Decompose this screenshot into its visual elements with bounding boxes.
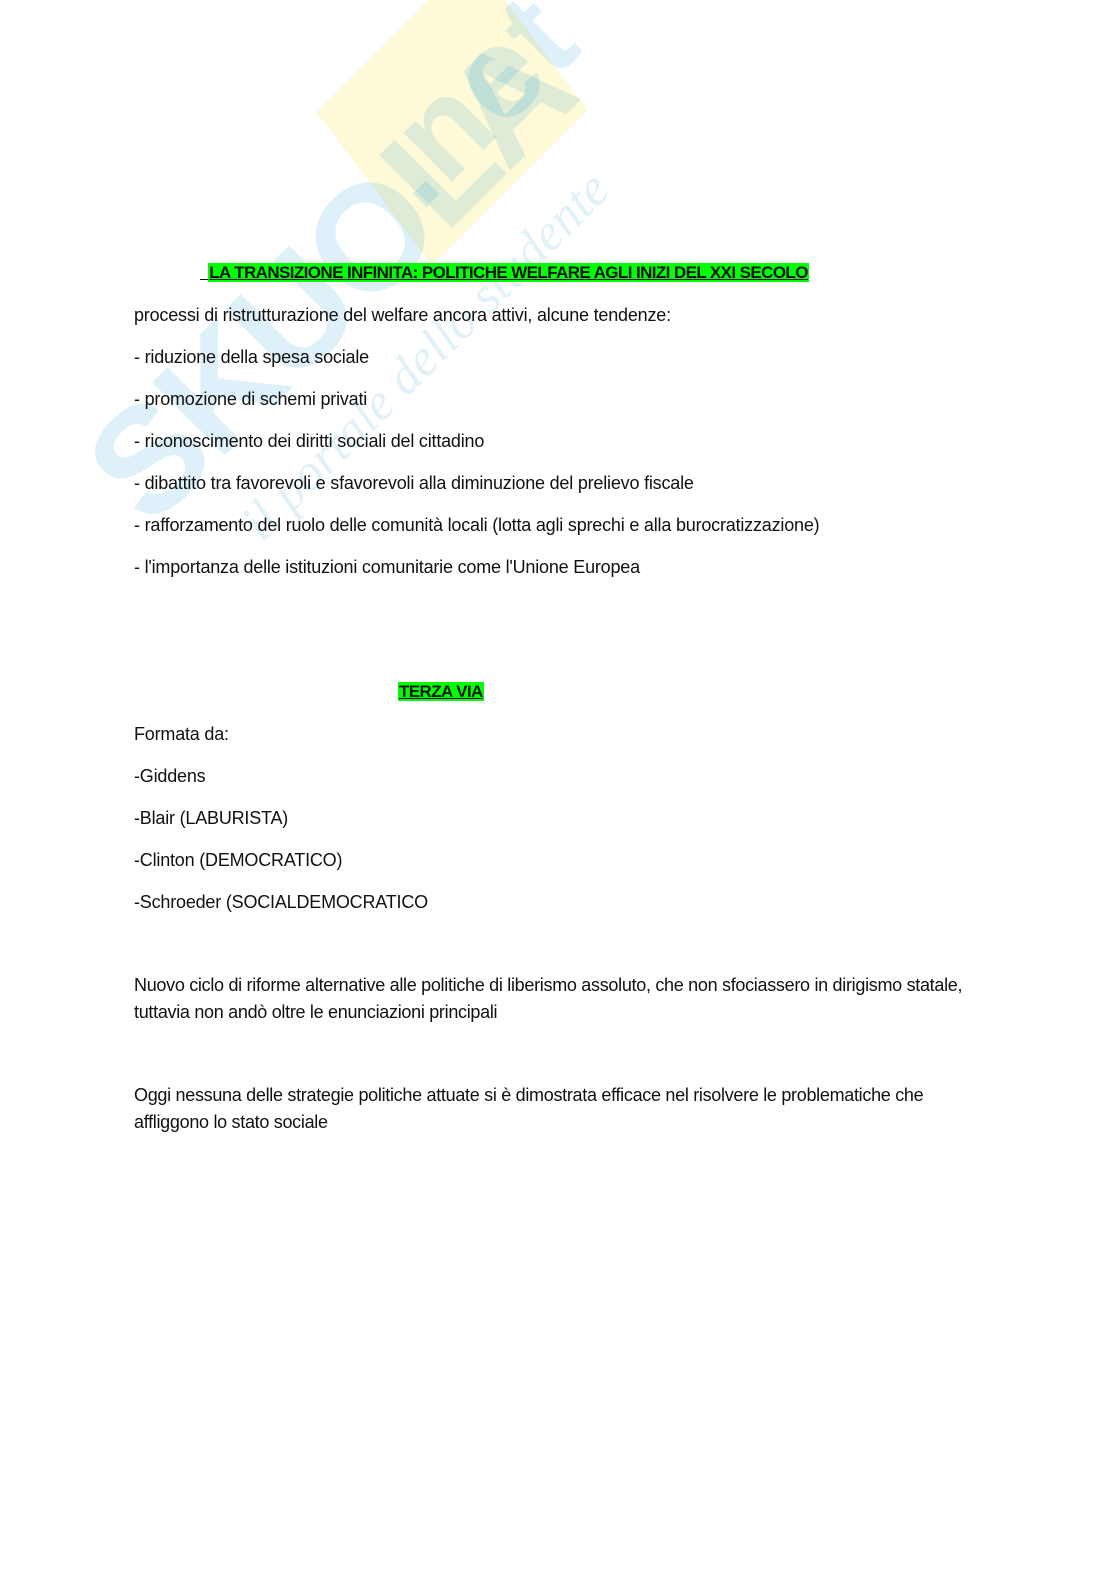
list-item: - dibattito tra favorevoli e sfavorevoli… <box>134 472 694 494</box>
paragraph-riforme: Nuovo ciclo di riforme alternative alle … <box>134 972 974 1026</box>
list-item: - rafforzamento del ruolo delle comunità… <box>134 514 819 536</box>
intro-text: processi di ristrutturazione del welfare… <box>134 304 671 326</box>
title-highlight: TERZA VIA <box>398 682 484 701</box>
paragraph-oggi: Oggi nessuna delle strategie politiche a… <box>134 1082 974 1136</box>
member-item: -Schroeder (SOCIALDEMOCRATICO <box>134 891 428 913</box>
section-title-terza-via: TERZA VIA <box>398 681 484 703</box>
list-item: - riduzione della spesa sociale <box>134 346 369 368</box>
title-highlight: LA TRANSIZIONE INFINITA: POLITICHE WELFA… <box>208 263 809 282</box>
member-item: -Clinton (DEMOCRATICO) <box>134 849 342 871</box>
list-item: - promozione di schemi privati <box>134 388 367 410</box>
member-item: -Blair (LABURISTA) <box>134 807 288 829</box>
document-page: LA TRANSIZIONE INFINITA: POLITICHE WELFA… <box>0 0 1116 1579</box>
members-intro: Formata da: <box>134 723 229 745</box>
title-leading-space <box>200 263 208 282</box>
list-item: - l'importanza delle istituzioni comunit… <box>134 556 640 578</box>
list-item: - riconoscimento dei diritti sociali del… <box>134 430 484 452</box>
section-title-transizione: LA TRANSIZIONE INFINITA: POLITICHE WELFA… <box>200 262 809 284</box>
member-item: -Giddens <box>134 765 205 787</box>
